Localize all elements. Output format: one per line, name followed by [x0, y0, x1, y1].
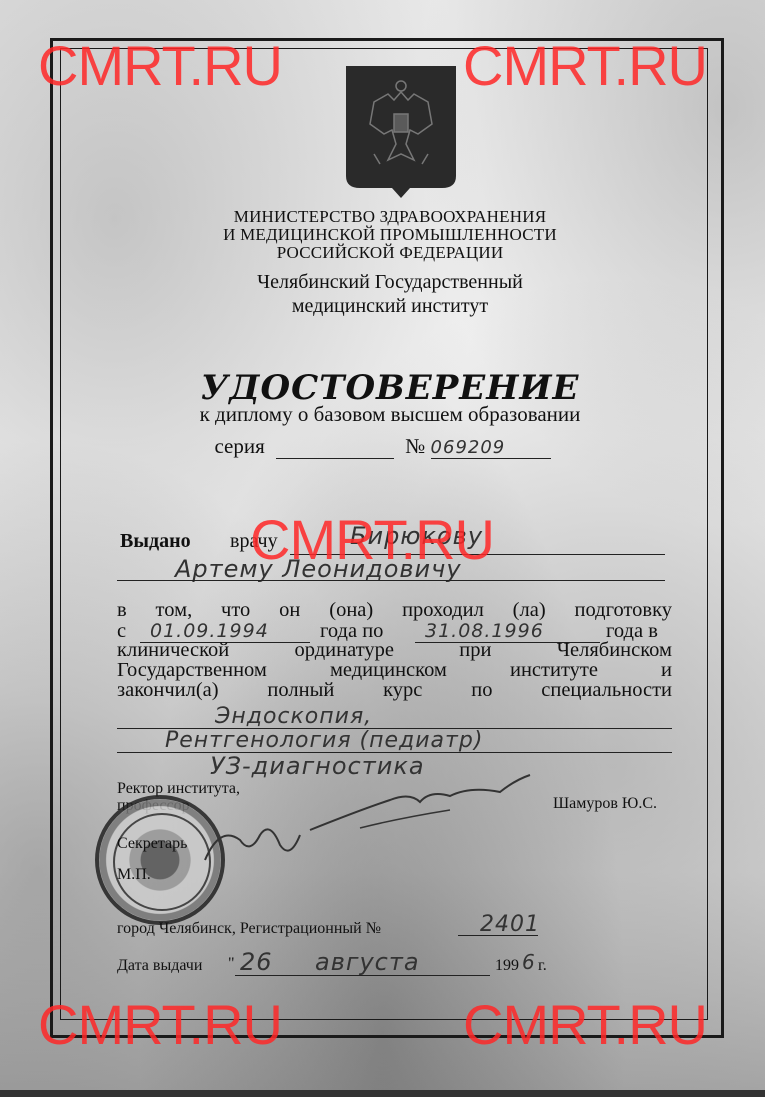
issue-day: 26: [240, 948, 273, 976]
body-line-4: Государственном медицинском институте и: [117, 660, 672, 680]
coat-of-arms-icon: [344, 64, 458, 200]
ministry-line-2: И МЕДИЦИНСКОЙ ПРОМЫШЛЕННОСТИ: [100, 226, 680, 244]
institute-line-2: медицинский институт: [100, 294, 680, 318]
issue-month: августа: [315, 948, 420, 976]
issued-label: Выдано: [120, 530, 191, 553]
rector-label: Ректор института,: [117, 780, 240, 798]
body-line-3: клинической ординатуре при Челябинском: [117, 640, 672, 660]
body-line-5: закончил(а) полный курс по специальности: [117, 680, 672, 700]
watermark-bottom-left: CMRT.RU: [38, 997, 282, 1053]
issue-year-suffix: г.: [538, 957, 547, 975]
issue-year-digit: 6: [522, 950, 536, 974]
given-names-line: [117, 580, 665, 581]
city-registration-label: город Челябинск, Регистрационный №: [117, 920, 381, 938]
specialty-1: Эндоскопия,: [215, 704, 372, 729]
ministry-heading: МИНИСТЕРСТВО ЗДРАВООХРАНЕНИЯ И МЕДИЦИНСК…: [100, 208, 680, 262]
issue-date-label: Дата выдачи: [117, 957, 202, 975]
body-line-1: в том, что он (она) проходил (ла) подгот…: [117, 600, 672, 620]
series-label: серия: [214, 434, 264, 458]
institute-line-1: Челябинский Государственный: [100, 270, 680, 294]
registration-line: [458, 935, 538, 936]
bottom-edge: [0, 1090, 765, 1097]
document-subtitle: к диплому о базовом высшем образовании: [100, 402, 680, 427]
issue-date-line: [235, 975, 490, 976]
series-number-row: серия № 069209: [0, 434, 765, 459]
number-value: 069209: [431, 437, 551, 459]
series-field: [276, 438, 394, 459]
watermark-bottom-right: CMRT.RU: [463, 997, 707, 1053]
watermark-top-right: CMRT.RU: [463, 38, 707, 94]
secretary-label: Секретарь: [117, 835, 187, 853]
registration-number: 2401: [480, 912, 540, 937]
watermark-top-left: CMRT.RU: [38, 38, 282, 94]
specialty-2: Рентгенология (педиатр): [165, 728, 483, 753]
quote-mark: ": [228, 955, 235, 973]
ministry-line-1: МИНИСТЕРСТВО ЗДРАВООХРАНЕНИЯ: [100, 208, 680, 226]
ministry-line-3: РОССИЙСКОЙ ФЕДЕРАЦИИ: [100, 244, 680, 262]
issue-year-prefix: 199: [495, 957, 519, 975]
rector-signature: [300, 770, 540, 840]
secretary-signature: [200, 815, 310, 875]
rector-name: Шамуров Ю.С.: [553, 795, 657, 813]
number-label: №: [405, 434, 425, 458]
stamp-place-label: М.П.: [117, 866, 151, 884]
institute-name: Челябинский Государственный медицинский …: [100, 270, 680, 318]
watermark-center: CMRT.RU: [250, 512, 494, 568]
